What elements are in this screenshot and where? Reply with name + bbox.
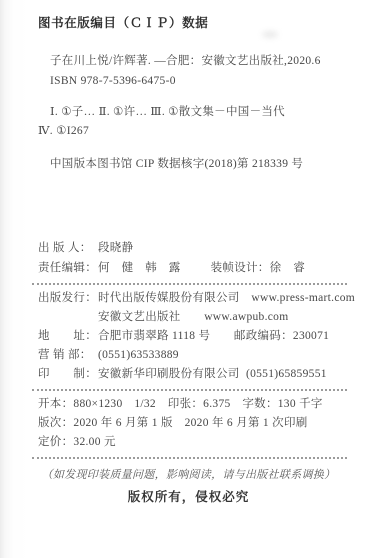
- notice-section: （如发现印装质量问题，影响阅读，请与出版社联系调换） 版权所有，侵权必究: [30, 466, 347, 507]
- publisher-person-label: 出 版 人：: [38, 238, 98, 258]
- cip-title: 图书在版编目（ＣＩＰ）数据: [38, 14, 347, 33]
- dotted-divider-3: [32, 457, 347, 459]
- book-title-line: 子在川上悦/许辉著. —合肥：安徽文艺出版社,2020.6: [38, 51, 347, 71]
- copyright-statement: 版权所有，侵权必究: [30, 488, 347, 507]
- designer-name: 徐 睿: [270, 262, 305, 274]
- publishing-distribution-value: 时代出版传媒股份有限公司 www.press-mart.com: [98, 292, 355, 304]
- editors-label: 责任编辑：: [38, 258, 98, 278]
- cip-book-info: 子在川上悦/许辉著. —合肥：安徽文艺出版社,2020.6 ISBN 978-7…: [38, 51, 347, 91]
- address-label: 地 址：: [38, 327, 98, 346]
- quality-exchange-note: （如发现印装质量问题，影响阅读，请与出版社联系调换）: [30, 466, 347, 485]
- cip-record-number: 中国版本图书馆 CIP 数据核字(2018)第 218339 号: [38, 155, 347, 174]
- marketing-dept-phone: (0551)63533889: [98, 349, 179, 361]
- publishing-distribution-row: 出版发行：时代出版传媒股份有限公司 www.press-mart.com: [38, 289, 347, 308]
- address-value: 合肥市翡翠路 1118 号 邮政编码：230071: [98, 330, 329, 342]
- cip-classification: Ⅰ. ①子… Ⅱ. ①许… Ⅲ. ①散文集－中国－当代 Ⅳ. ①I267: [38, 103, 347, 141]
- format-sheets-row: 开本：880×1230 1/32 印张：6.375 字数：130 千字: [38, 395, 347, 414]
- printing-company-label: 印 制：: [38, 365, 98, 384]
- classification-line-2: Ⅳ. ①I267: [38, 122, 347, 141]
- address-row: 地 址：合肥市翡翠路 1118 号 邮政编码：230071: [38, 327, 347, 346]
- editors-row: 责任编辑：何 健 韩 露装帧设计：徐 睿: [38, 258, 347, 278]
- isbn-line: ISBN 978-7-5396-6475-0: [38, 71, 347, 91]
- scan-smudge: [262, 31, 278, 38]
- print-specs-section: 开本：880×1230 1/32 印张：6.375 字数：130 千字 版次：2…: [38, 395, 347, 452]
- publisher-section: 出版发行：时代出版传媒股份有限公司 www.press-mart.com 安徽文…: [38, 289, 347, 384]
- designer-label: 装帧设计：: [211, 262, 270, 274]
- edition-row: 版次：2020 年 6 月第 1 版 2020 年 6 月第 1 次印刷: [38, 414, 347, 433]
- dotted-divider-2: [32, 389, 347, 391]
- marketing-dept-row: 营 销 部：(0551)63533889: [38, 346, 347, 365]
- marketing-dept-label: 营 销 部：: [38, 346, 98, 365]
- printing-company-value: 安徽新华印刷股份有限公司 (0551)65859551: [98, 368, 327, 380]
- editors-names: 何 健 韩 露: [98, 262, 181, 274]
- price-row: 定价：32.00 元: [38, 433, 347, 452]
- classification-line-1: Ⅰ. ①子… Ⅱ. ①许… Ⅲ. ①散文集－中国－当代: [38, 103, 347, 122]
- book-copyright-page: 图书在版编目（ＣＩＰ）数据 子在川上悦/许辉著. —合肥：安徽文艺出版社,202…: [0, 0, 375, 558]
- printing-company-row: 印 制：安徽新华印刷股份有限公司 (0551)65859551: [38, 365, 347, 384]
- staff-section: 出 版 人：段晓静 责任编辑：何 健 韩 露装帧设计：徐 睿: [38, 238, 347, 278]
- publisher-person-name: 段晓静: [98, 242, 133, 254]
- press-website-value: 安徽文艺出版社 www.awpub.com: [98, 311, 288, 323]
- press-website-row: 安徽文艺出版社 www.awpub.com: [38, 308, 347, 327]
- publisher-person-row: 出 版 人：段晓静: [38, 238, 347, 258]
- publishing-distribution-label: 出版发行：: [38, 289, 98, 308]
- dotted-divider-1: [32, 283, 347, 285]
